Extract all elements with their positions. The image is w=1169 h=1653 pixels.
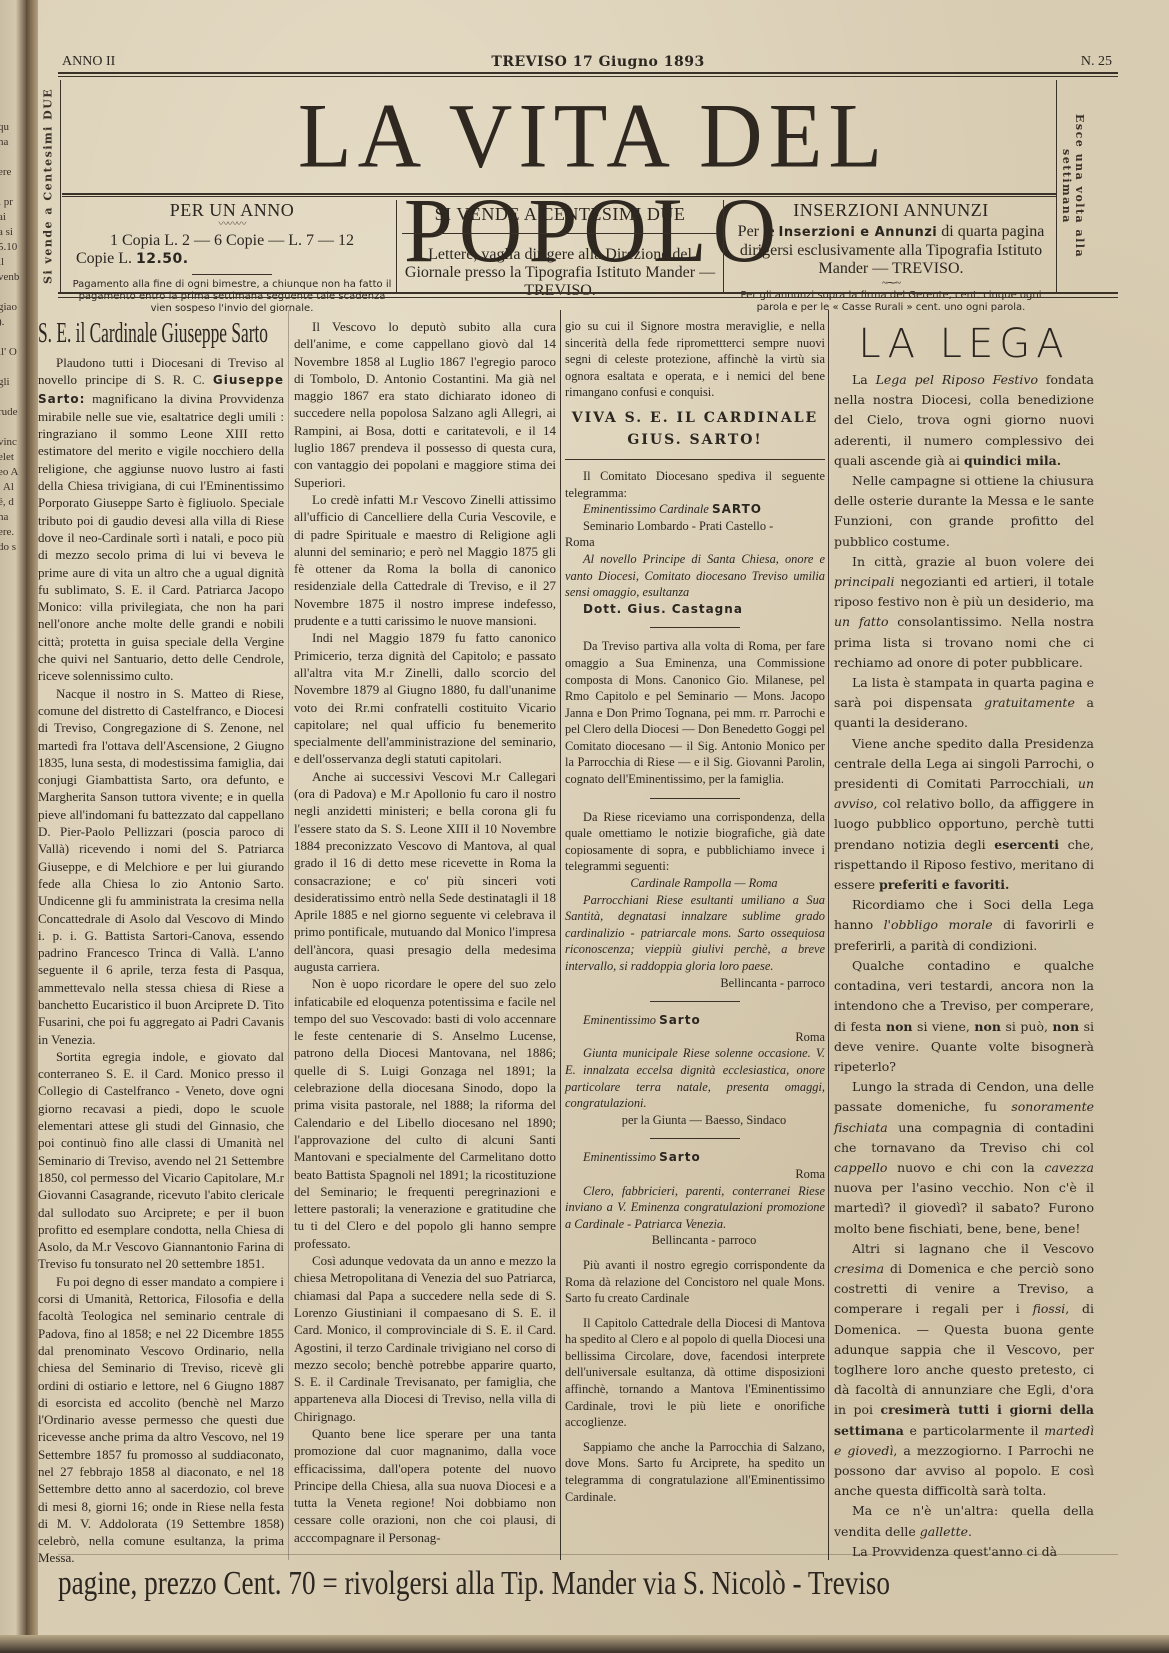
ornament-squiggle: 〰〰〰 (68, 221, 396, 229)
masthead-topline: ANNO II TREVISO 17 Giugno 1893 N. 25 (62, 48, 1112, 70)
adjacent-page-fragment (0, 420, 22, 435)
article-paragraph: In città, grazie al buon volere dei prin… (834, 552, 1094, 673)
issue-number: N. 25 (1081, 54, 1112, 70)
column-divider (560, 310, 561, 1560)
article-paragraph: Così adunque vedovata da un anno e mezzo… (294, 1252, 556, 1425)
article-paragraph: Non è uopo ricordare le opere del suo ze… (294, 975, 556, 1252)
footer-notice: pagine, prezzo Cent. 70 = rivolgersi all… (58, 1562, 930, 1606)
column-divider (828, 310, 829, 1560)
ads-info: Per le Inserzioni e Annunzi di quarta pa… (728, 223, 1054, 278)
article-cardinal-sarto: S. E. il Cardinale Giuseppe Sarto Plaudo… (38, 316, 284, 1567)
adjacent-page-fragment (0, 330, 22, 345)
article-paragraph: La lista è stampata in quarta pagina e s… (834, 673, 1094, 734)
telegram-signature: Bellincanta - parroco (565, 975, 825, 992)
telegram-addressee: Cardinale Rampolla — Roma (565, 875, 825, 892)
adjacent-page-fragment: qu (0, 120, 22, 135)
article-paragraph: Altri si lagnano che il Vescovo cresima … (834, 1239, 1094, 1502)
adjacent-page-fragment: ha (0, 510, 22, 525)
price-heading: SI VENDE A CENTESIMI DUE (400, 204, 720, 225)
issue-year: ANNO II (62, 54, 115, 70)
article-paragraph: Il Capitolo Cattedrale della Diocesi di … (565, 1315, 825, 1431)
adjacent-page-fragment: giao (0, 300, 22, 315)
left-vertical-banner: Si vende a Centesimi DUE (38, 80, 58, 292)
article-paragraph: Lo credè infatti M.r Vescovo Zinelli att… (294, 491, 556, 629)
article-cardinal-sarto-continued: Il Vescovo lo deputò subito alla cura de… (294, 318, 556, 1546)
article-paragraph: Sortita egregia indole, e giovato dal co… (38, 1048, 284, 1273)
adjacent-page-fragment (0, 360, 22, 375)
article-paragraph: Fu poi degno di esser mandato a compiere… (38, 1273, 284, 1567)
telegram-body: Clero, fabbricieri, parenti, conterranei… (565, 1183, 825, 1233)
adjacent-page-fragment: na (0, 135, 22, 150)
adjacent-page-fragment: ere. (0, 525, 22, 540)
adjacent-page-fragment: é, d (0, 495, 22, 510)
article-paragraph: Anche ai successivi Vescovi M.r Callegar… (294, 768, 556, 976)
telegram-addressee: Eminentissimo Sarto (565, 1012, 825, 1029)
divider (650, 1138, 740, 1139)
adjacent-page-fragment: . Al (0, 480, 22, 495)
subscription-prices: 1 Copia L. 2 — 6 Copie — L. 7 — 12 (68, 232, 396, 250)
subscription-heading: PER UN ANNO (68, 200, 396, 221)
telegram-signature: Bellincanta - parroco (565, 1232, 825, 1249)
masthead-bottom-rule (58, 292, 1118, 298)
adjacent-page-fragment (0, 150, 22, 165)
telegram-signature: Dott. Gius. Castagna (565, 601, 825, 618)
viva-headline: VIVA S. E. IL CARDINALE GIUS. SARTO! (565, 407, 825, 451)
divider (192, 274, 272, 275)
issue-date: TREVISO 17 Giugno 1893 (491, 54, 704, 70)
adjacent-page-fragment (0, 390, 22, 405)
article-paragraph: Lungo la strada di Cendon, una delle pas… (834, 1077, 1094, 1239)
adjacent-page-fragment: venb (0, 270, 22, 285)
footer-rule (58, 1554, 1118, 1555)
article-la-lega: LA LEGA La Lega pel Riposo Festivo fonda… (834, 322, 1094, 1562)
ornament-squiggle: ~⁓~ (728, 280, 1054, 288)
adjacent-page-fragment: vinc (0, 435, 22, 450)
telegram-signature: per la Giunta — Baesso, Sindaco (565, 1112, 825, 1129)
article-title: S. E. il Cardinale Giuseppe Sarto (38, 316, 191, 352)
telegram-city: Roma (565, 1029, 825, 1046)
ads-heading: INSERZIONI ANNUNZI (728, 200, 1054, 221)
article-paragraph: Indi nel Maggio 1879 fu fatto canonico P… (294, 629, 556, 767)
price-box: SI VENDE A CENTESIMI DUE Lettere, vaglia… (400, 200, 720, 300)
divider (565, 459, 825, 460)
divider (402, 233, 718, 234)
divider (650, 627, 740, 628)
adjacent-page-fragment: eo A (0, 465, 22, 480)
telegram-city: Roma (565, 1166, 825, 1183)
article-paragraph: Quanto bene lice sperare per una tanta p… (294, 1425, 556, 1546)
adjacent-page-fragment: ere (0, 165, 22, 180)
telegram-addressee: Eminentissimo Cardinale SARTO (565, 501, 825, 518)
divider (650, 1001, 740, 1002)
article-paragraph: La Lega pel Riposo Festivo fondata nella… (834, 370, 1094, 471)
telegram-body: Al novello Principe di Santa Chiesa, ono… (565, 551, 825, 601)
adjacent-page-fragment: rude (0, 405, 22, 420)
adjacent-page-fragment (0, 180, 22, 195)
frame-left-rule (60, 80, 61, 292)
adjacent-page-fragment: 5.10 (0, 240, 22, 255)
adjacent-page-fragment (0, 285, 22, 300)
article-paragraph: La Provvidenza quest'anno ci dà (834, 1542, 1094, 1562)
article-paragraph: gio su cui il Signore mostra meraviglie,… (565, 318, 825, 401)
article-paragraph: Ma ce n'è un'altra: quella della vendita… (834, 1501, 1094, 1541)
telegram-body: Giunta municipale Riese solenne occasion… (565, 1045, 825, 1111)
article-paragraph: Qualche contadino e qualche contadina, v… (834, 956, 1094, 1077)
article-paragraph: Il Vescovo lo deputò subito alla cura de… (294, 318, 556, 491)
subscription-prices-2: Copie L. 12.50. (68, 250, 396, 268)
adjacent-page-fragment: ai (0, 210, 22, 225)
adjacent-page-strip: quna ere i pr aia si5.10ilvenb giao). ll… (0, 0, 26, 1653)
article-paragraph: Nelle campagne si ottiene la chiusura de… (834, 471, 1094, 552)
article-paragraph: Viene anche spedito dalla Presidenza cen… (834, 734, 1094, 896)
telegram-body: Parrocchiani Riese esultanti umiliano a … (565, 892, 825, 975)
box-divider (396, 200, 397, 292)
adjacent-page-fragment: elet (0, 450, 22, 465)
column-divider (288, 310, 289, 1560)
page-bottom-edge (0, 1635, 1169, 1653)
telegram-city: Roma (565, 534, 825, 551)
article-paragraph: Da Riese riceviamo una corrispondenza, d… (565, 809, 825, 875)
article-paragraph: Più avanti il nostro egregio corrisponde… (565, 1257, 825, 1307)
article-title: LA LEGA (834, 322, 1094, 366)
newspaper-title: LA VITA DEL POPOLO (98, 90, 1088, 185)
divider (650, 798, 740, 799)
article-paragraph: Ricordiamo che i Soci della Lega hanno l… (834, 895, 1094, 956)
adjacent-page-fragment: gli (0, 375, 22, 390)
article-paragraph: Da Treviso partiva alla volta di Roma, p… (565, 638, 825, 787)
telegram-addressee: Eminentissimo Sarto (565, 1149, 825, 1166)
telegrams-column: gio su cui il Signore mostra meraviglie,… (565, 318, 825, 1505)
box-divider (723, 200, 724, 292)
adjacent-page-fragment: ll' O (0, 345, 22, 360)
adjacent-page-fragment: a si (0, 225, 22, 240)
article-paragraph: Plaudono tutti i Diocesani di Treviso al… (38, 354, 284, 685)
newspaper-page: ANNO II TREVISO 17 Giugno 1893 N. 25 Si … (38, 0, 1169, 1640)
adjacent-page-fragment: do s (0, 540, 22, 555)
article-paragraph: Sappiamo che anche la Parrocchia di Salz… (565, 1439, 825, 1505)
masthead-top-rule (58, 72, 1118, 77)
adjacent-page-fragment: i pr (0, 195, 22, 210)
telegram-intro: Il Comitato Diocesano spediva il seguent… (565, 468, 825, 501)
adjacent-page-fragment: il (0, 255, 22, 270)
article-paragraph: Nacque il nostro in S. Matteo di Riese, … (38, 685, 284, 1048)
telegram-address: Seminario Lombardo - Prati Castello - (565, 518, 825, 535)
title-underline (62, 193, 1056, 197)
adjacent-page-fragment: ). (0, 315, 22, 330)
